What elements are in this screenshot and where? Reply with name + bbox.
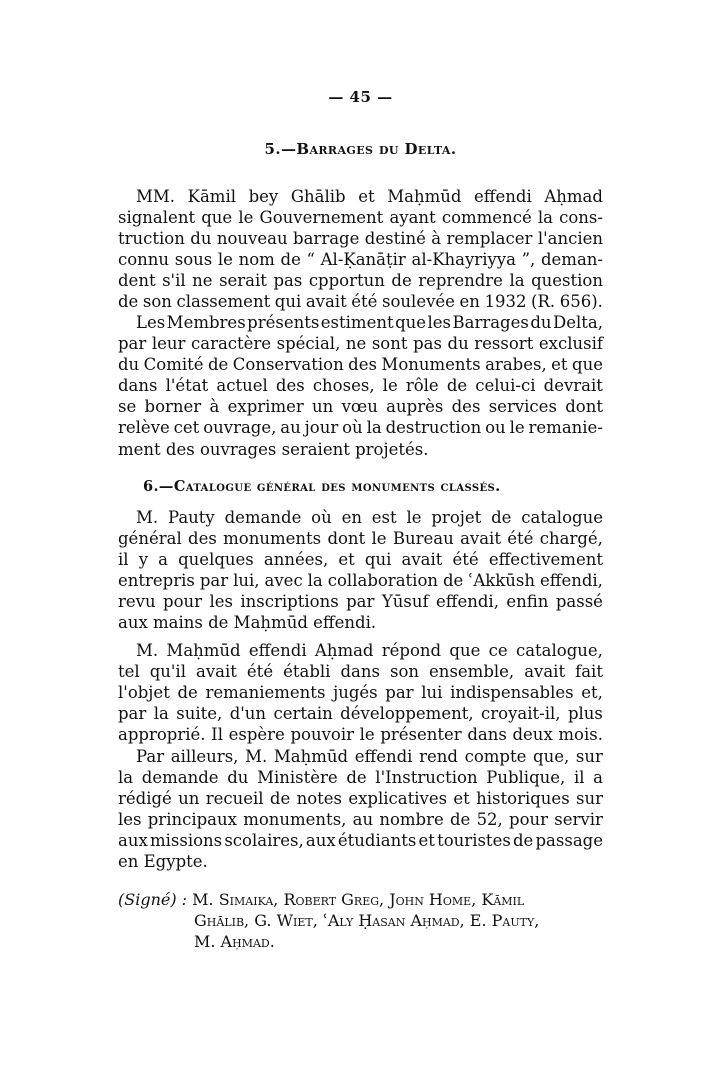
text-line: ment des ouvrages seraient projetés. <box>118 439 603 460</box>
text-line: dansl'étatactueldeschoses,lerôledecelui-… <box>118 375 603 396</box>
signature-row: (Signé) : M. Simaika, Robert Greg, John … <box>118 889 603 910</box>
text-line: MM.KāmilbeyGhālibetMaḥmūdeffendiAḥmad <box>118 186 603 207</box>
text-line: Parailleurs,M.Maḥmūdeffendirendcompteque… <box>118 746 603 767</box>
text-line: dents'ilneseraitpascpportundereprendrela… <box>118 270 603 291</box>
text-line: en Egypte. <box>118 851 603 872</box>
text-line: LesMembresprésentsestimentquelesBarrages… <box>118 312 603 333</box>
text-line: rédigéunrecueildenotesexplicativesethist… <box>118 788 603 809</box>
text-line: seborneràexprimerunvœuauprèsdesservicesd… <box>118 396 603 417</box>
signatories-line: M. Simaika, Robert Greg, John Home, Kāmi… <box>192 890 524 909</box>
section-heading-6: 6.—Catalogue général des monuments class… <box>143 478 628 495</box>
page-number: — 45 — <box>118 88 603 106</box>
text-line: auxmissionsscolaires,auxétudiantsettouri… <box>118 830 603 851</box>
paragraph-catalogue-notes: Parailleurs,M.Maḥmūdeffendirendcompteque… <box>118 746 603 873</box>
text-line: M.MaḥmūdeffendiAḥmadrépondquececatalogue… <box>118 640 603 661</box>
signature-block: (Signé) : M. Simaika, Robert Greg, John … <box>118 889 603 952</box>
text-line: aux mains de Maḥmūd effendi. <box>118 612 603 633</box>
text-line: généraldesmonumentsdontleBureauavaitétéc… <box>118 528 603 549</box>
paragraph-catalogue-question: M.Pautydemandeoùenestleprojetdecatalogue… <box>118 507 603 634</box>
text-line: lesprincipauxmonuments,aunombrede52,pour… <box>118 809 603 830</box>
section-heading-5: 5.—Barrages du Delta. <box>118 140 603 158</box>
text-line: relèvecetouvrage,aujouroùladestructionou… <box>118 417 603 438</box>
text-line: approprié.Ilespèrepouvoirleprésenterdans… <box>118 724 603 745</box>
text-line: revupourlesinscriptionsparYūsufeffendi,e… <box>118 591 603 612</box>
text-line: entreprisparlui,aveclacollaborationdeʿAk… <box>118 570 603 591</box>
paragraph-barrages-opinion: LesMembresprésentsestimentquelesBarrages… <box>118 312 603 460</box>
text-line: telqu'ilavaitétéétablidanssonensemble,av… <box>118 661 603 682</box>
text-line: ilyaquelquesannées,etquiavaitétéeffectiv… <box>118 549 603 570</box>
text-line: signalentqueleGouvernementayantcommencél… <box>118 207 603 228</box>
signatories-line: M. Aḥmad. <box>118 931 603 952</box>
text-line: lademandeduMinistèredel'InstructionPubli… <box>118 767 603 788</box>
text-line: parlasuite,d'uncertaindéveloppement,croy… <box>118 703 603 724</box>
text-line: M.Pautydemandeoùenestleprojetdecatalogue <box>118 507 603 528</box>
text-line: parleurcaractèrespécial,nesontpasduresso… <box>118 333 603 354</box>
text-line: duComitédeConservationdesMonumentsarabes… <box>118 354 603 375</box>
text-line: connusouslenomde“Al-Ḳanāṭiral-Khayriyya”… <box>118 249 603 270</box>
text-line: l'objetderemaniementsjugésparluiindispen… <box>118 682 603 703</box>
signatories-line: Ghālib, G. Wiet, ʿAly Ḥasan Aḥmad, E. Pa… <box>118 910 603 931</box>
paragraph-barrages-request: MM.KāmilbeyGhālibetMaḥmūdeffendiAḥmad si… <box>118 186 603 313</box>
signature-label: (Signé) : <box>118 890 187 909</box>
paragraph-catalogue-reply: M.MaḥmūdeffendiAḥmadrépondquececatalogue… <box>118 640 603 745</box>
text-line: tructiondunouveaubarragedestinéàremplace… <box>118 228 603 249</box>
text-line: desonclassementquiavaitétésoulevéeen1932… <box>118 291 603 312</box>
